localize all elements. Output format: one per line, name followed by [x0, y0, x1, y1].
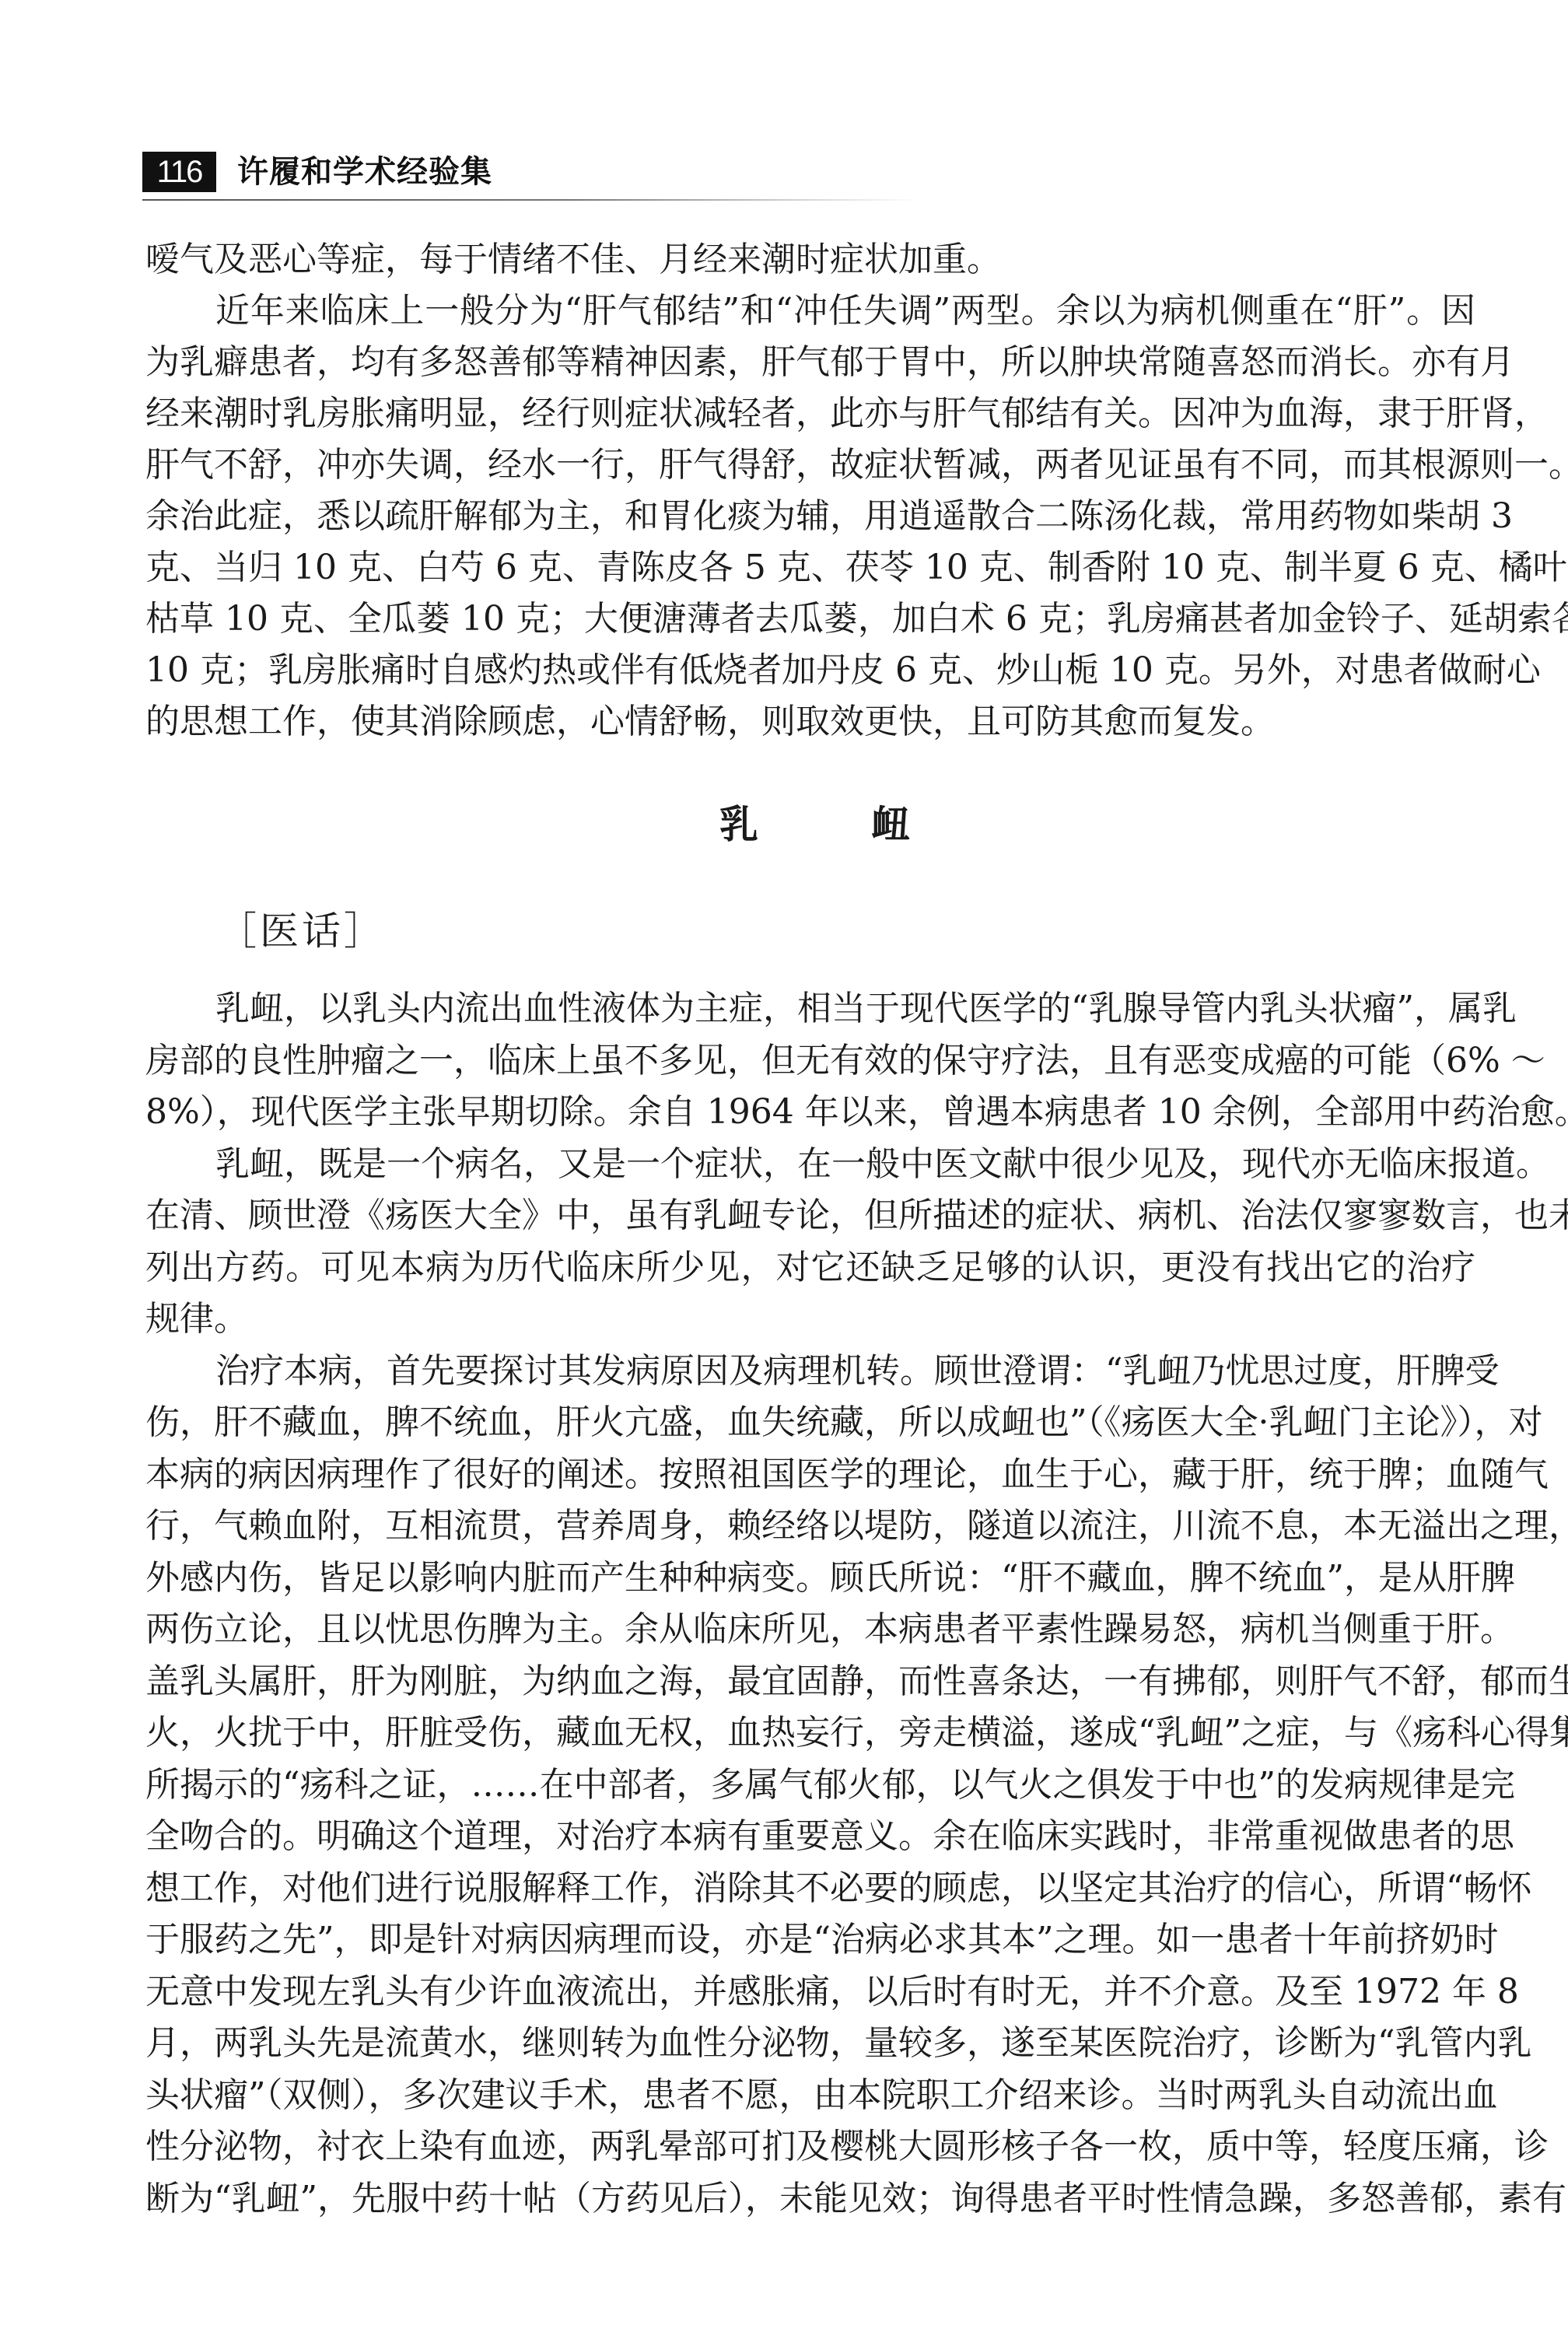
text-line: 无意中发现左乳头有少许血液流出，并感胀痛，以后时有时无，并不介意。及至 1972…: [145, 1966, 1475, 2019]
text-line: 外感内伤，皆足以影响内脏而产生种种病变。顾氏所说：“肝不藏血，脾不统血”，是从肝…: [145, 1553, 1475, 1605]
text-line: 伤，肝不藏血，脾不统血，肝火亢盛，血失统藏，所以成衄也”（《疡医大全·乳衄门主论…: [145, 1397, 1475, 1449]
section-title-char-2: 衄: [871, 800, 910, 849]
text-line: 所揭示的“疡科之证，……在中部者，多属气郁火郁，以气火之俱发于中也”的发病规律是…: [145, 1760, 1475, 1812]
text-line: 10 克；乳房胀痛时自感灼热或伴有低烧者加丹皮 6 克、炒山栀 10 克。另外，…: [145, 645, 1475, 696]
text-line: 火，火扰于中，肝脏受伤，藏血无权，血热妄行，旁走横溢，遂成“乳衄”之症，与《疡科…: [145, 1707, 1475, 1760]
section-runu-body: 乳衄，以乳头内流出血性液体为主症，相当于现代医学的“乳腺导管内乳头状瘤”，属乳房…: [145, 983, 1475, 2225]
text-line: 余治此症，悉以疏肝解郁为主，和胃化痰为辅，用逍遥散合二陈汤化裁，常用药物如柴胡 …: [145, 491, 1475, 542]
text-line: 全吻合的。明确这个道理，对治疗本病有重要意义。余在临床实践时，非常重视做患者的思: [145, 1811, 1475, 1863]
text-line: 盖乳头属肝，肝为刚脏，为纳血之海，最宜固静，而性喜条达，一有拂郁，则肝气不舒，郁…: [145, 1656, 1475, 1708]
text-line: 枯草 10 克、全瓜蒌 10 克；大便溏薄者去瓜蒌，加白术 6 克；乳房痛甚者加…: [145, 594, 1475, 645]
subheading-yihua: ［医话］: [218, 904, 386, 958]
text-line: 行，气赖血附，互相流贯，营养周身，赖经络以堤防，隧道以流注，川流不息，本无溢出之…: [145, 1500, 1475, 1553]
text-line: 在清、顾世澄《疡医大全》中，虽有乳衄专论，但所描述的症状、病机、治法仅寥寥数言，…: [145, 1190, 1475, 1242]
text-line: 于服药之先”，即是针对病因病理而设，亦是“治病必求其本”之理。如一患者十年前挤奶…: [145, 1914, 1475, 1966]
text-line: 月，两乳头先是流黄水，继则转为血性分泌物，量较多，遂至某医院治疗，诊断为“乳管内…: [145, 2018, 1475, 2070]
text-line: 头状瘤”（双侧），多次建议手术，患者不愿，由本院职工介绍来诊。当时两乳头自动流出…: [145, 2070, 1475, 2122]
text-line: 性分泌物，衬衣上染有血迹，两乳晕部可扪及樱桃大圆形核子各一枚，质中等，轻度压痛，…: [145, 2121, 1475, 2173]
section-ruPi-continuation: 嗳气及恶心等症，每于情绪不佳、月经来潮时症状加重。近年来临床上一般分为“肝气郁结…: [145, 234, 1475, 748]
text-line: 8%），现代医学主张早期切除。余自 1964 年以来，曾遇本病患者 10 余例，…: [145, 1087, 1475, 1139]
text-line: 想工作，对他们进行说服解释工作，消除其不必要的顾虑，以坚定其治疗的信心，所谓“畅…: [145, 1863, 1475, 1915]
header-rule: [142, 199, 920, 201]
section-title: 乳 衄: [719, 800, 910, 849]
text-line: 肝气不舒，冲亦失调，经水一行，肝气得舒，故症状暂减，两者见证虽有不同，而其根源则…: [145, 439, 1475, 491]
text-line: 断为“乳衄”，先服中药十帖（方药见后），未能见效；询得患者平时性情急躁，多怒善郁…: [145, 2173, 1475, 2225]
text-line: 房部的良性肿瘤之一，临床上虽不多见，但无有效的保守疗法，且有恶变成癌的可能（6%…: [145, 1035, 1475, 1087]
text-line: 的思想工作，使其消除顾虑，心情舒畅，则取效更快，且可防其愈而复发。: [145, 696, 1475, 748]
text-line: 嗳气及恶心等症，每于情绪不佳、月经来潮时症状加重。: [145, 234, 1475, 285]
text-line: 乳衄，以乳头内流出血性液体为主症，相当于现代医学的“乳腺导管内乳头状瘤”，属乳: [145, 983, 1475, 1035]
text-line: 乳衄，既是一个病名，又是一个症状，在一般中医文献中很少见及，现代亦无临床报道。: [145, 1139, 1475, 1191]
text-line: 经来潮时乳房胀痛明显，经行则症状减轻者，此亦与肝气郁结有关。因冲为血海，隶于肝肾…: [145, 388, 1475, 439]
text-line: 规律。: [145, 1294, 1475, 1346]
text-line: 列出方药。可见本病为历代临床所少见，对它还缺乏足够的认识，更没有找出它的治疗: [145, 1242, 1475, 1294]
text-line: 本病的病因病理作了很好的阐述。按照祖国医学的理论，血生于心，藏于肝，统于脾；血随…: [145, 1449, 1475, 1501]
text-line: 克、当归 10 克、白芍 6 克、青陈皮各 5 克、茯苓 10 克、制香附 10…: [145, 542, 1475, 594]
page-number: 116: [142, 152, 216, 192]
text-line: 治疗本病，首先要探讨其发病原因及病理机转。顾世澄谓：“乳衄乃忧思过度，肝脾受: [145, 1346, 1475, 1398]
running-header-title: 许履和学术经验集: [237, 150, 492, 194]
text-line: 两伤立论，且以忧思伤脾为主。余从临床所见，本病患者平素性躁易怒，病机当侧重于肝。: [145, 1604, 1475, 1656]
section-title-char-1: 乳: [719, 800, 758, 849]
text-line: 近年来临床上一般分为“肝气郁结”和“冲任失调”两型。余以为病机侧重在“肝”。因: [145, 285, 1475, 337]
text-line: 为乳癖患者，均有多怒善郁等精神因素，肝气郁于胃中，所以肿块常随喜怒而消长。亦有月: [145, 337, 1475, 388]
